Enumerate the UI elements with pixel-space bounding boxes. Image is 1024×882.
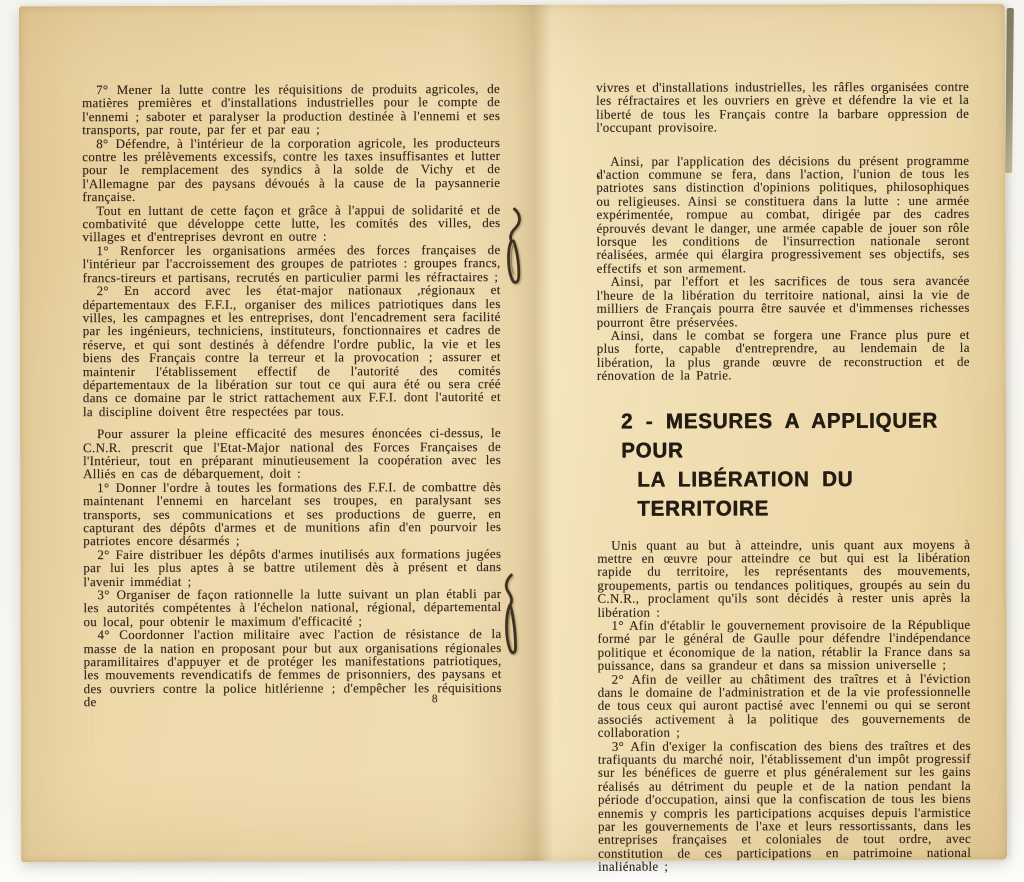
paragraph: 1° Afin d'établir le gouvernement provis… [597,618,970,673]
paragraph: Tout en luttant de cette façon et grâce … [82,203,500,244]
paragraph: 7° Mener la lutte contre les réquisition… [82,82,500,137]
cover-edge [1005,8,1014,173]
paragraph: Ainsi, par l'effort et les sacrifices de… [597,274,970,329]
right-page-column: , vivres et d'installations industrielle… [596,80,971,874]
staple-bottom-icon [498,572,522,664]
paragraph: 2° En accord avec les état-major nationa… [83,283,501,418]
scanner-background: 7° Mener la lutte contre les réquisition… [0,0,1024,882]
paragraph: 2° Faire distribuer les dépôts d'armes i… [83,547,501,588]
paragraph: 8° Défendre, à l'intérieur de la corpora… [82,136,500,204]
heading-line-1: 2 - MESURES A APPLIQUER POUR [597,406,970,465]
section-heading: 2 - MESURES A APPLIQUER POUR LA LIBÉRATI… [597,406,970,523]
paragraph: 3° Organiser de façon rationnelle la lut… [83,587,501,628]
booklet-page: 7° Mener la lutte contre les réquisition… [19,4,1007,863]
page-number-folio: 8 [425,693,445,705]
left-page-column: 7° Mener la lutte contre les réquisition… [82,82,502,709]
paragraph: Pour assurer la pleine efficacité des me… [83,426,501,481]
paragraph: Unis quant au but à atteindre, unis quan… [597,537,970,618]
paragraph: 1° Renforcer les organisations armées de… [83,243,501,284]
paragraph: Ainsi, par l'application des décisions d… [596,153,969,275]
paragraph: Ainsi, dans le combat se forgera une Fra… [597,328,970,383]
staple-top-icon [502,206,526,292]
paragraph: vivres et d'installations industrielles,… [596,80,969,135]
paragraph: 3° Afin d'exiger la confiscation des bie… [598,738,971,873]
heading-line-2: LA LIBÉRATION DU TERRITOIRE [597,464,970,523]
paragraph: 2° Afin de veiller au châtiment des traî… [598,671,971,739]
ink-mark: , [597,167,600,180]
paragraph: 1° Donner l'ordre à toutes les formation… [83,480,501,548]
